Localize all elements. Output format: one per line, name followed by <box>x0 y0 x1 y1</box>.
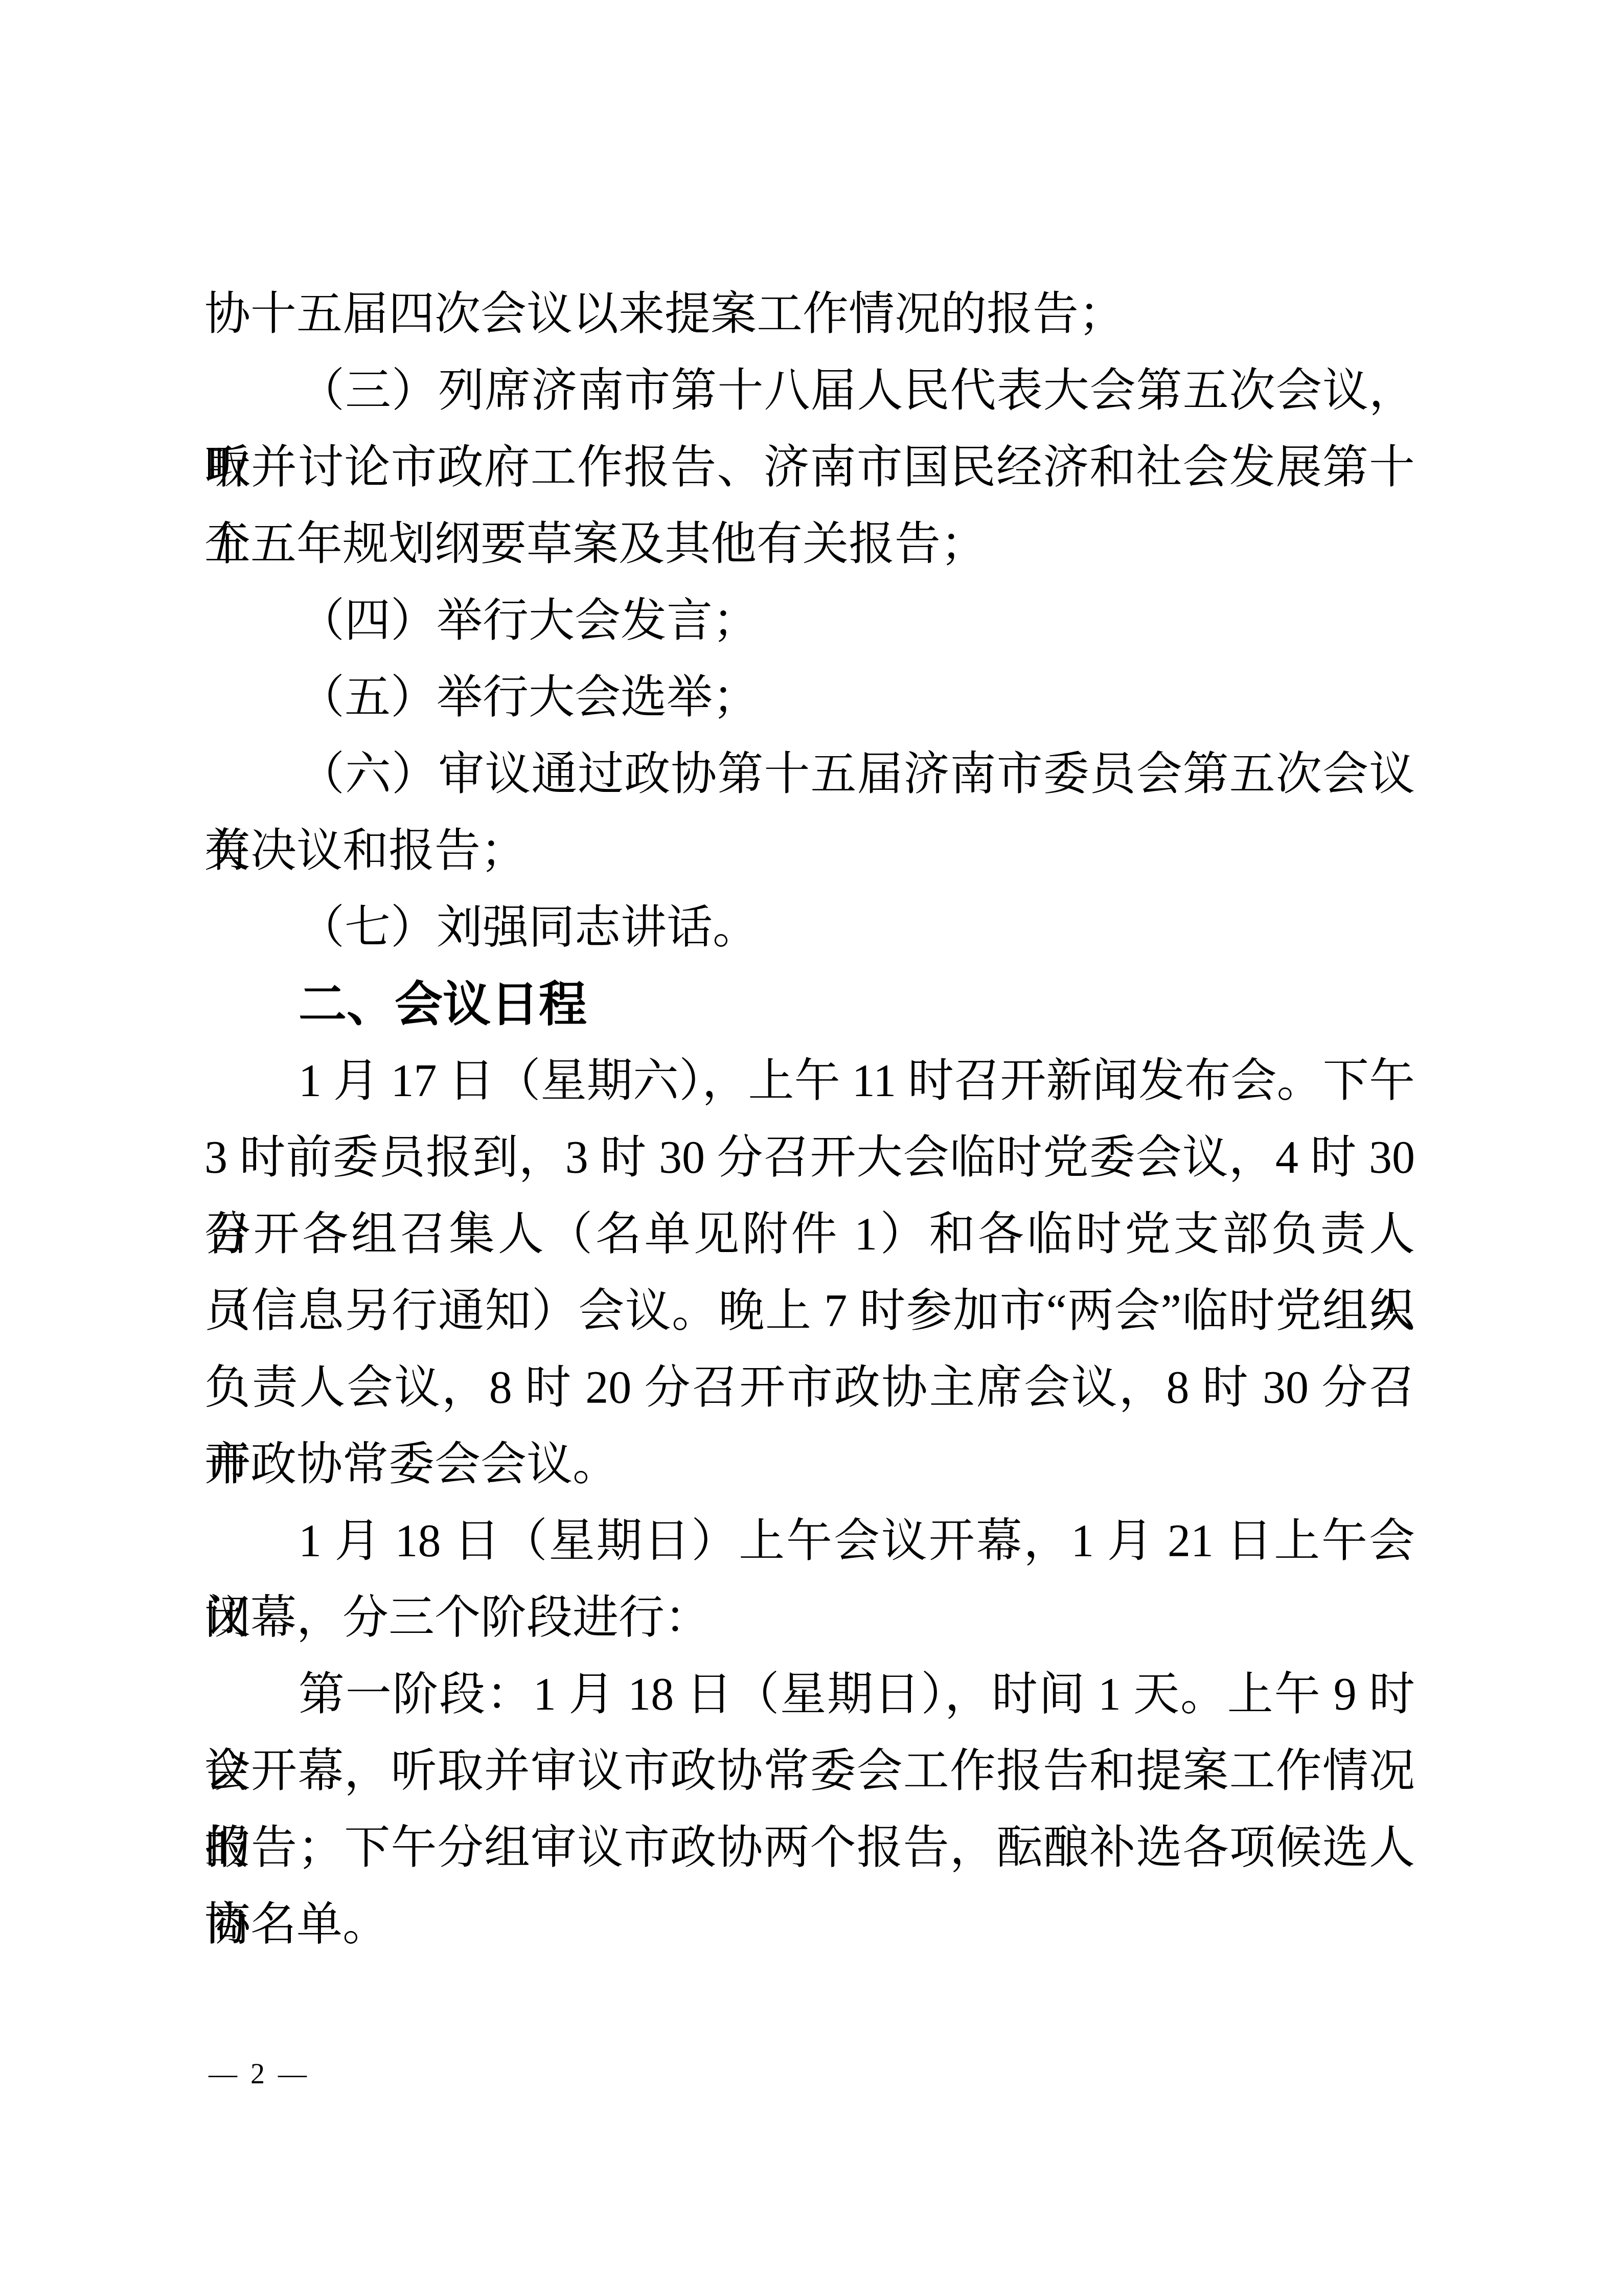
text-line: 协十五届四次会议以来提案工作情况的报告； <box>204 276 1415 353</box>
section-heading: 二、会议日程 <box>204 966 1415 1043</box>
text-line: 议开幕，听取并审议市政协常委会工作报告和提案工作情况的 <box>204 1733 1415 1810</box>
text-line: 3 时前委员报到，3 时 30 分召开大会临时党委会议，4 时 30 分 <box>204 1120 1415 1196</box>
text-line: 闭幕，分三个阶段进行： <box>204 1580 1415 1656</box>
text-line: 取并讨论市政府工作报告、济南市国民经济和社会发展第十五 <box>204 429 1415 506</box>
text-line: 报告；下午分组审议市政协两个报告，酝酿补选各项候选人协 <box>204 1810 1415 1886</box>
text-line: （四）举行大会发言； <box>204 583 1415 660</box>
text-line: 个五年规划纲要草案及其他有关报告； <box>204 506 1415 583</box>
page-number: — 2 — <box>209 2051 310 2097</box>
text-line: 1 月 18 日（星期日）上午会议开幕，1 月 21 日上午会议 <box>204 1503 1415 1580</box>
text-line: 召开各组召集人（名单见附件 1）和各临时党支部负责人（人 <box>204 1196 1415 1273</box>
document-page: 协十五届四次会议以来提案工作情况的报告；（三）列席济南市第十八届人民代表大会第五… <box>0 0 1623 2296</box>
text-line: （五）举行大会选举； <box>204 660 1415 736</box>
text-line: 第一阶段：1 月 18 日（星期日），时间 1 天。上午 9 时会 <box>204 1656 1415 1733</box>
text-line: 市政协常委会会议。 <box>204 1426 1415 1503</box>
text-line: 关决议和报告； <box>204 813 1415 890</box>
text-line: （三）列席济南市第十八届人民代表大会第五次会议，听 <box>204 353 1415 429</box>
text-line: 负责人会议，8 时 20 分召开市政协主席会议，8 时 30 分召开 <box>204 1350 1415 1426</box>
text-line: （六）审议通过政协第十五届济南市委员会第五次会议有 <box>204 736 1415 813</box>
text-line: 员信息另行通知）会议。晚上 7 时参加市“两会”临时党组织 <box>204 1273 1415 1350</box>
document-body: 协十五届四次会议以来提案工作情况的报告；（三）列席济南市第十八届人民代表大会第五… <box>204 276 1415 1963</box>
text-line: 1 月 17 日（星期六），上午 11 时召开新闻发布会。下午 <box>204 1043 1415 1120</box>
text-line: （七）刘强同志讲话。 <box>204 890 1415 966</box>
text-line: 商名单。 <box>204 1886 1415 1963</box>
